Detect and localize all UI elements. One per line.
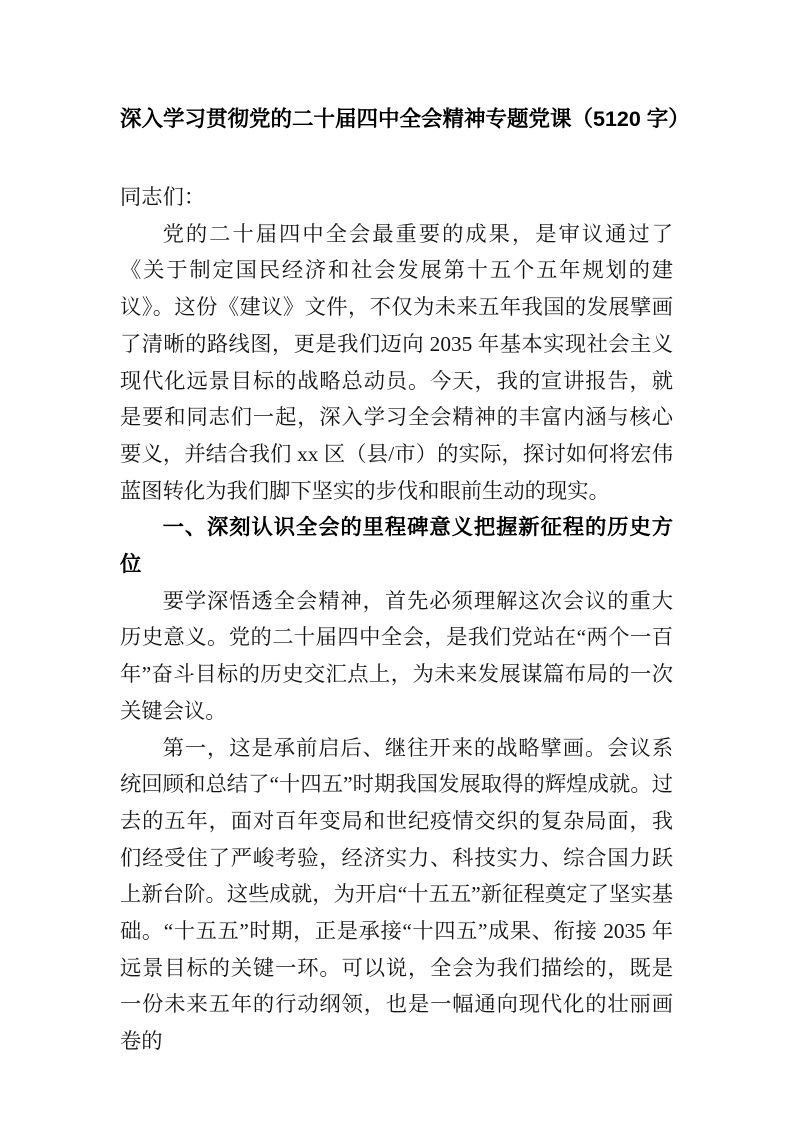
paragraph-first-point: 第一，这是承前启后、继往开来的战略擘画。会议系统回顾和总结了“十四五”时期我国发…	[120, 730, 673, 1060]
section-heading-1: 一、深刻认识全会的里程碑意义把握新征程的历史方位	[120, 509, 673, 582]
document-title: 深入学习贯彻党的二十届四中全会精神专题党课（5120 字）	[120, 96, 673, 142]
paragraph-intro: 党的二十届四中全会最重要的成果，是审议通过了《关于制定国民经济和社会发展第十五个…	[120, 216, 673, 510]
paragraph-significance: 要学深悟透全会精神，首先必须理解这次会议的重大历史意义。党的二十届四中全会，是我…	[120, 583, 673, 730]
salutation: 同志们：	[120, 179, 673, 216]
document-page: 深入学习贯彻党的二十届四中全会精神专题党课（5120 字） 同志们： 党的二十届…	[0, 0, 793, 1122]
